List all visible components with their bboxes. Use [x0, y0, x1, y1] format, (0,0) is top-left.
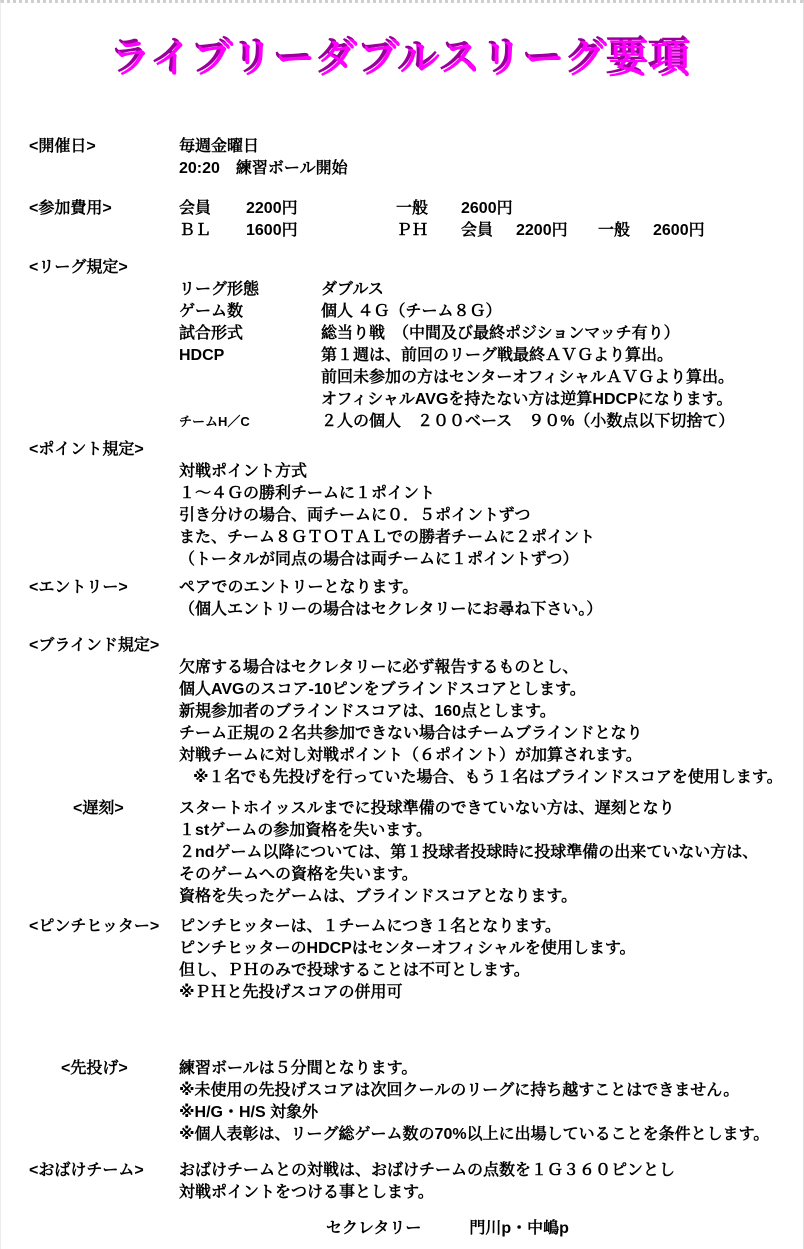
forward-line-3: ※H/G・H/S 対象外	[179, 1102, 803, 1124]
fees-r2-bl-price: 1600円	[246, 220, 396, 242]
blind-label: <ブラインド規定>	[1, 635, 803, 657]
blind-line-4: チーム正規の２名共参加できない場合はチームブラインドとなり	[179, 723, 803, 745]
fees-r2-ph-member-price: 2200円	[516, 220, 598, 242]
league-val-format: ダブルス	[321, 279, 803, 301]
late-label: <遅刻>	[1, 798, 179, 908]
section-fees: <参加費用> 会員 2200円 一般 2600円 ＢＬ 1600円 ＰＨ 会員 …	[1, 198, 803, 242]
league-val-hdcp-1: 第１週は、前回のリーグ戦最終ＡＶＧより算出。	[321, 345, 803, 367]
blind-line-6: ※１名でも先投げを行っていた場合、もう１名はブラインドスコアを使用します。	[179, 767, 803, 789]
league-key-games: ゲーム数	[179, 301, 321, 323]
forward-line-2: ※未使用の先投げスコアは次回クールのリーグに持ち越すことはできません。	[179, 1080, 803, 1102]
section-league-rules: <リーグ規定> リーグ形態 ダブルス ゲーム数 個人 ４Ｇ（チーム８Ｇ） 試合形…	[1, 257, 803, 433]
points-line-4: また、チーム８ＧＴＯＴＡＬでの勝者チームに２ポイント	[179, 527, 803, 549]
fees-r2-ph: ＰＨ	[396, 220, 461, 242]
fees-r1-member-price: 2200円	[246, 198, 396, 220]
late-line-1: スタートホイッスルまでに投球準備のできていない方は、遅刻となり	[179, 798, 803, 820]
section-schedule: <開催日> 毎週金曜日 20:20 練習ボール開始	[1, 136, 803, 180]
page-title: ライブリーダブルスリーグ要項	[1, 27, 803, 84]
league-val-team-hc: ２人の個人 ２００ベース ９０%（小数点以下切捨て）	[321, 411, 803, 433]
pinch-line-4: ※ＰＨと先投げスコアの併用可	[179, 982, 803, 1004]
section-blind: <ブラインド規定> 欠席する場合はセクレタリーに必ず報告するものとし、 個人AV…	[1, 635, 803, 789]
points-line-1: 対戦ポイント方式	[179, 461, 803, 483]
league-val-games: 個人 ４Ｇ（チーム８Ｇ）	[321, 301, 803, 323]
section-pinch-hitter: <ピンチヒッター> ピンチヒッターは、１チームにつき１名となります。 ピンチヒッ…	[1, 916, 803, 1004]
document-page: ライブリーダブルスリーグ要項 <開催日> 毎週金曜日 20:20 練習ボール開始…	[0, 0, 804, 1249]
schedule-label: <開催日>	[1, 136, 179, 180]
late-line-5: 資格を失ったゲームは、ブラインドスコアとなります。	[179, 886, 803, 908]
fees-label: <参加費用>	[1, 198, 179, 242]
league-row-games: ゲーム数 個人 ４Ｇ（チーム８Ｇ）	[179, 301, 803, 323]
pinch-line-3: 但し、ＰＨのみで投球することは不可とします。	[179, 960, 803, 982]
section-points: <ポイント規定> 対戦ポイント方式 １～４Ｇの勝利チームに１ポイント 引き分けの…	[1, 439, 803, 571]
league-row-hdcp-cont2: オフィシャルAVGを持たない方は逆算HDCPになります。	[179, 389, 803, 411]
blind-line-2: 個人AVGのスコア-10ピンをブラインドスコアとします。	[179, 679, 803, 701]
league-key-team-hc: チームH／C	[179, 411, 321, 433]
fees-row-2: ＢＬ 1600円 ＰＨ 会員 2200円 一般 2600円	[179, 220, 803, 242]
late-line-3: ２ndゲーム以降については、第１投球者投球時に投球準備の出来ていない方は、	[179, 842, 803, 864]
league-row-match-style: 試合形式 総当り戦 （中間及び最終ポジションマッチ有り）	[179, 323, 803, 345]
forward-label: <先投げ>	[1, 1058, 179, 1146]
schedule-line-2: 20:20 練習ボール開始	[179, 158, 803, 180]
secretary-line: セクレタリー 門川p・中嶋p	[1, 1218, 803, 1240]
fees-r2-ph-member: 会員	[461, 220, 516, 242]
fees-r1-member: 会員	[179, 198, 246, 220]
entry-line-1: ペアでのエントリーとなります。	[179, 577, 803, 599]
blind-line-3: 新規参加者のブラインドスコアは、160点とします。	[179, 701, 803, 723]
fees-r2-ph-general: 一般	[598, 220, 653, 242]
league-key-format: リーグ形態	[179, 279, 321, 301]
section-late: <遅刻> スタートホイッスルまでに投球準備のできていない方は、遅刻となり １st…	[1, 798, 803, 908]
secretary-role: セクレタリー	[326, 1218, 421, 1240]
section-entry: <エントリー> ペアでのエントリーとなります。 （個人エントリーの場合はセクレタ…	[1, 577, 803, 621]
league-label: <リーグ規定>	[1, 257, 803, 279]
league-key-hdcp: HDCP	[179, 345, 321, 367]
fees-r2-ph-detail: 会員 2200円 一般 2600円	[461, 220, 803, 242]
pinch-line-1: ピンチヒッターは、１チームにつき１名となります。	[179, 916, 803, 938]
league-val-hdcp-3: オフィシャルAVGを持たない方は逆算HDCPになります。	[321, 389, 803, 411]
entry-label: <エントリー>	[1, 577, 179, 621]
blind-line-1: 欠席する場合はセクレタリーに必ず報告するものとし、	[179, 657, 803, 679]
forward-line-4: ※個人表彰は、リーグ総ゲーム数の70%以上に出場していることを条件とします。	[179, 1124, 803, 1146]
ghost-line-2: 対戦ポイントをつける事とします。	[179, 1182, 803, 1204]
schedule-line-1: 毎週金曜日	[179, 136, 803, 158]
league-row-hdcp-cont: 前回未参加の方はセンターオフィシャルＡＶＧより算出。	[179, 367, 803, 389]
late-line-4: そのゲームへの資格を失います。	[179, 864, 803, 886]
points-label: <ポイント規定>	[1, 439, 803, 461]
league-val-match-style: 総当り戦 （中間及び最終ポジションマッチ有り）	[321, 323, 803, 345]
points-line-5: （トータルが同点の場合は両チームに１ポイントずつ）	[179, 549, 803, 571]
pinch-label: <ピンチヒッター>	[1, 916, 179, 1004]
pinch-line-2: ピンチヒッターのHDCPはセンターオフィシャルを使用します。	[179, 938, 803, 960]
fees-row-1: 会員 2200円 一般 2600円	[179, 198, 803, 220]
fees-r1-general-price: 2600円	[461, 198, 513, 220]
forward-line-1: 練習ボールは５分間となります。	[179, 1058, 803, 1080]
league-row-hdcp: HDCP 第１週は、前回のリーグ戦最終ＡＶＧより算出。	[179, 345, 803, 367]
late-line-2: １stゲームの参加資格を失います。	[179, 820, 803, 842]
fees-r2-ph-general-price: 2600円	[653, 220, 705, 242]
league-row-team-hc: チームH／C ２人の個人 ２００ベース ９０%（小数点以下切捨て）	[179, 411, 803, 433]
fees-r2-bl: ＢＬ	[179, 220, 246, 242]
ghost-label: <おばけチーム>	[1, 1160, 179, 1204]
section-forward-throw: <先投げ> 練習ボールは５分間となります。 ※未使用の先投げスコアは次回クールの…	[1, 1058, 803, 1146]
section-ghost-team: <おばけチーム> おばけチームとの対戦は、おばけチームの点数を１Ｇ３６０ピンとし…	[1, 1160, 803, 1204]
secretary-names: 門川p・中嶋p	[469, 1218, 569, 1240]
fees-r1-general: 一般	[396, 198, 461, 220]
league-key-match-style: 試合形式	[179, 323, 321, 345]
league-val-hdcp-2: 前回未参加の方はセンターオフィシャルＡＶＧより算出。	[321, 367, 803, 389]
points-line-3: 引き分けの場合、両チームに０．５ポイントずつ	[179, 505, 803, 527]
league-row-format: リーグ形態 ダブルス	[179, 279, 803, 301]
points-line-2: １～４Ｇの勝利チームに１ポイント	[179, 483, 803, 505]
entry-line-2: （個人エントリーの場合はセクレタリーにお尋ね下さい。）	[179, 599, 803, 621]
blind-line-5: 対戦チームに対し対戦ポイント（６ポイント）が加算されます。	[179, 745, 803, 767]
ghost-line-1: おばけチームとの対戦は、おばけチームの点数を１Ｇ３６０ピンとし	[179, 1160, 803, 1182]
